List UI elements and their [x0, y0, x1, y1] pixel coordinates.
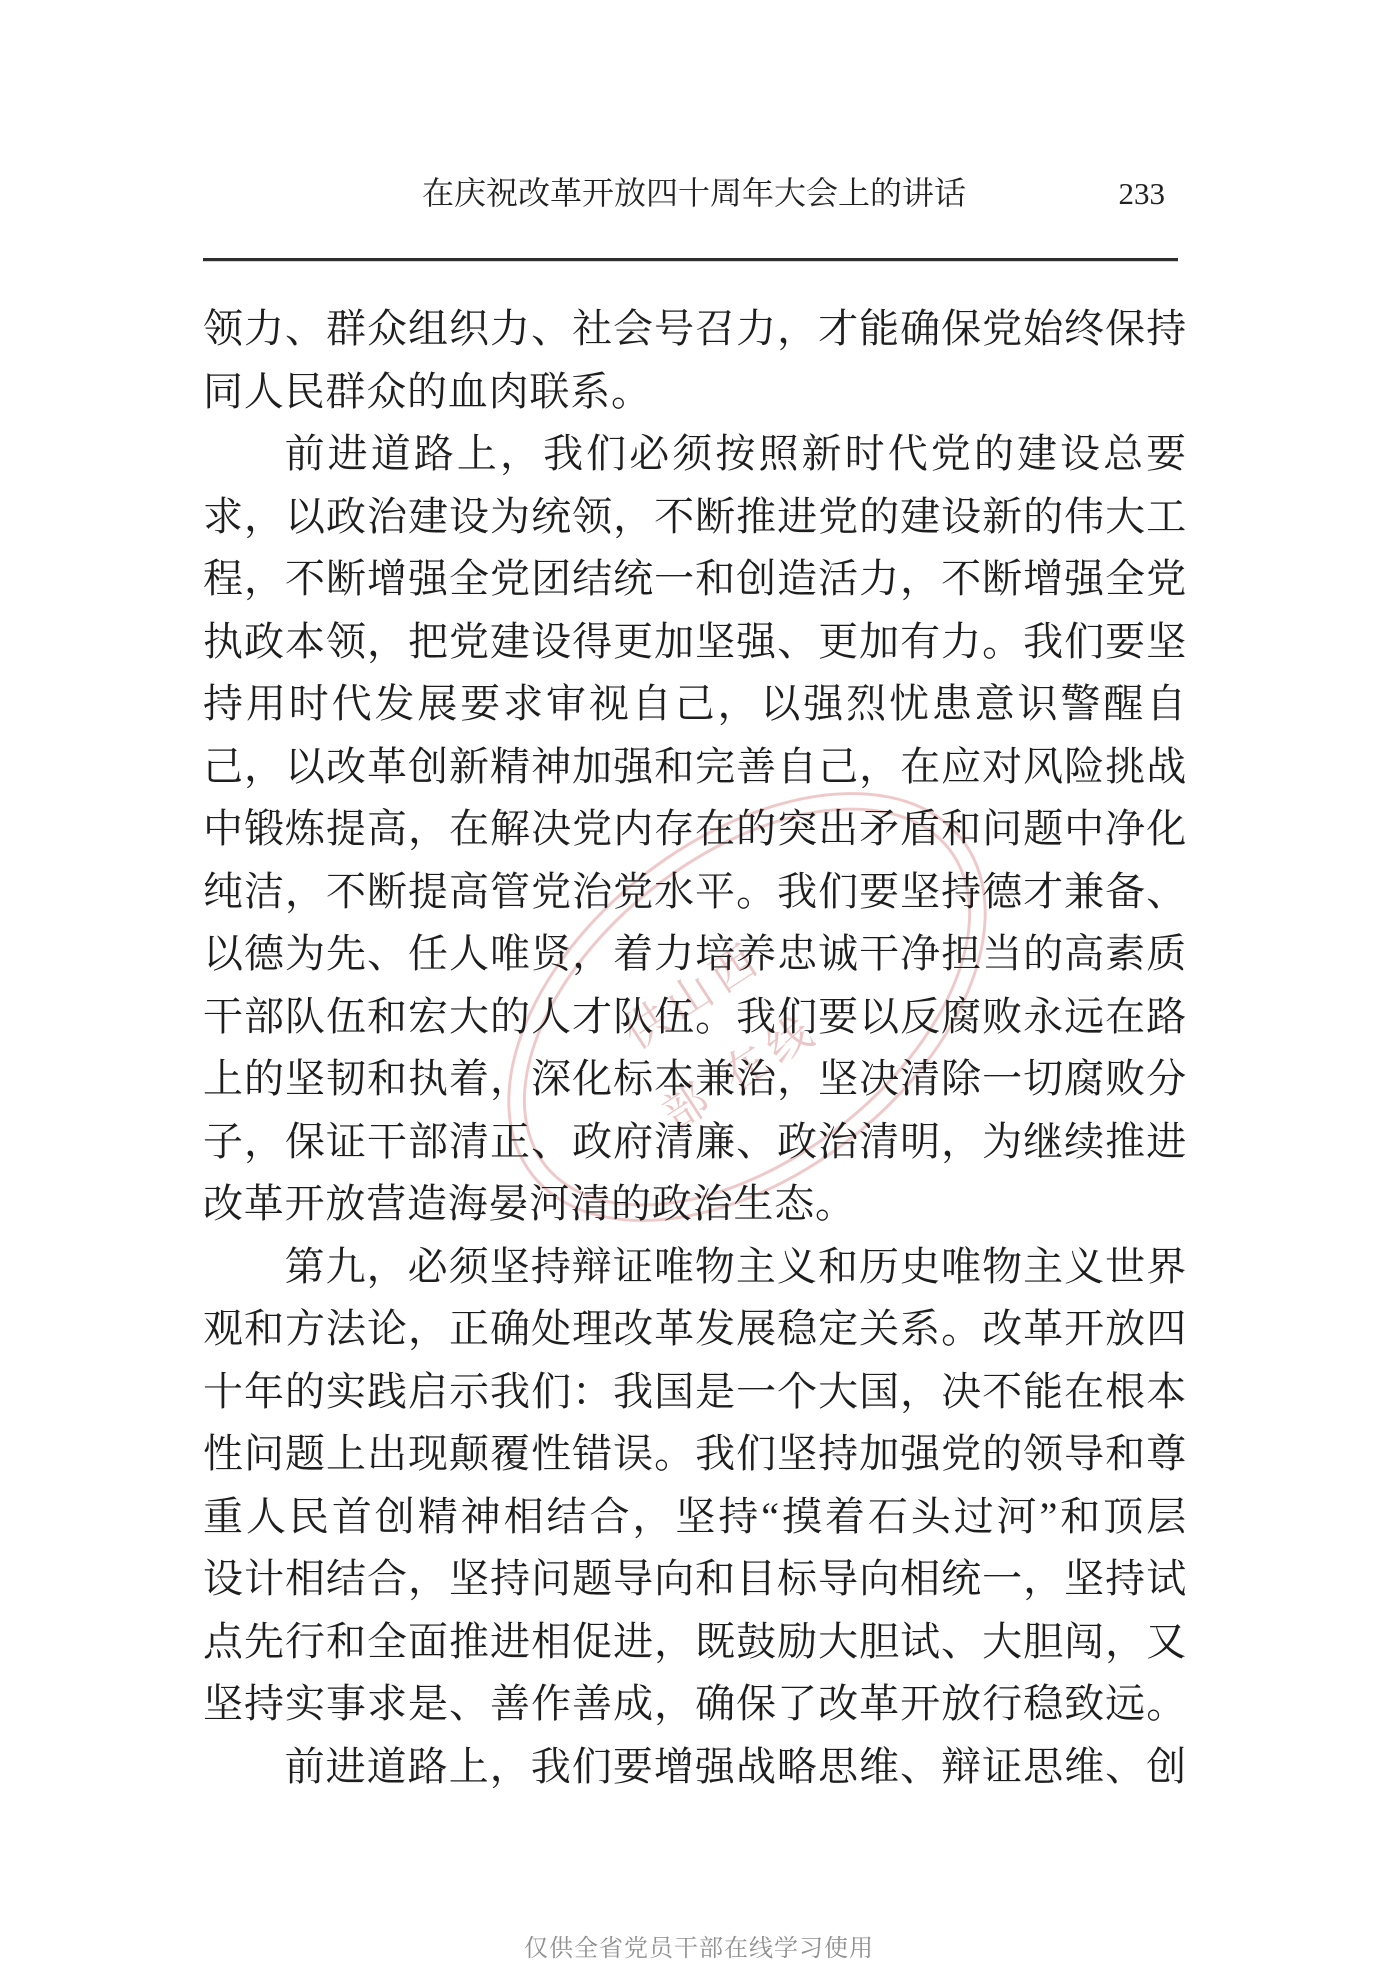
- text-line: 改革开放营造海晏河清的政治生态。: [203, 1173, 1187, 1236]
- text-line: 领力、群众组织力、社会号召力，才能确保党始终保持: [203, 298, 1187, 361]
- body-text: 领力、群众组织力、社会号召力，才能确保党始终保持 同人民群众的血肉联系。 前进道…: [203, 298, 1187, 1798]
- text-line: 子，保证干部清正、政府清廉、政治清明，为继续推进: [203, 1111, 1187, 1174]
- text-line: 前进道路上，我们要增强战略思维、辩证思维、创: [203, 1736, 1187, 1799]
- text-line: 持用时代发展要求审视自己，以强烈忧患意识警醒自: [203, 673, 1187, 736]
- text-line: 重人民首创精神相结合，坚持“摸着石头过河”和顶层: [203, 1486, 1187, 1549]
- header-rule: [203, 258, 1178, 261]
- text-line: 己，以改革创新精神加强和完善自己，在应对风险挑战: [203, 736, 1187, 799]
- footer-notice: 仅供全省党员干部在线学习使用: [0, 1934, 1398, 1964]
- text-line: 纯洁，不断提高管党治党水平。我们要坚持德才兼备、: [203, 861, 1187, 924]
- page-number: 233: [1095, 175, 1165, 213]
- text-line: 干部队伍和宏大的人才队伍。我们要以反腐败永远在路: [203, 986, 1187, 1049]
- text-line: 中锻炼提高，在解决党内存在的突出矛盾和问题中净化: [203, 798, 1187, 861]
- text-line: 同人民群众的血肉联系。: [203, 361, 1187, 424]
- text-line: 观和方法论，正确处理改革发展稳定关系。改革开放四: [203, 1298, 1187, 1361]
- text-line: 求，以政治建设为统领，不断推进党的建设新的伟大工: [203, 486, 1187, 549]
- text-line: 前进道路上，我们必须按照新时代党的建设总要: [203, 423, 1187, 486]
- text-line: 第九，必须坚持辩证唯物主义和历史唯物主义世界: [203, 1236, 1187, 1299]
- document-page: 在庆祝改革开放四十周年大会上的讲话 233 供山西 部 在线 领力、群众组织力、…: [0, 0, 1398, 1965]
- text-line: 上的坚韧和执着，深化标本兼治，坚决清除一切腐败分: [203, 1048, 1187, 1111]
- text-line: 设计相结合，坚持问题导向和目标导向相统一，坚持试: [203, 1548, 1187, 1611]
- text-line: 性问题上出现颠覆性错误。我们坚持加强党的领导和尊: [203, 1423, 1187, 1486]
- text-line: 点先行和全面推进相促进，既鼓励大胆试、大胆闯，又: [203, 1611, 1187, 1674]
- text-line: 以德为先、任人唯贤，着力培养忠诚干净担当的高素质: [203, 923, 1187, 986]
- text-line: 执政本领，把党建设得更加坚强、更加有力。我们要坚: [203, 611, 1187, 674]
- running-head-title: 在庆祝改革开放四十周年大会上的讲话: [203, 173, 1185, 213]
- text-line: 坚持实事求是、善作善成，确保了改革开放行稳致远。: [203, 1673, 1187, 1736]
- text-line: 程，不断增强全党团结统一和创造活力，不断增强全党: [203, 548, 1187, 611]
- text-line: 十年的实践启示我们：我国是一个大国，决不能在根本: [203, 1361, 1187, 1424]
